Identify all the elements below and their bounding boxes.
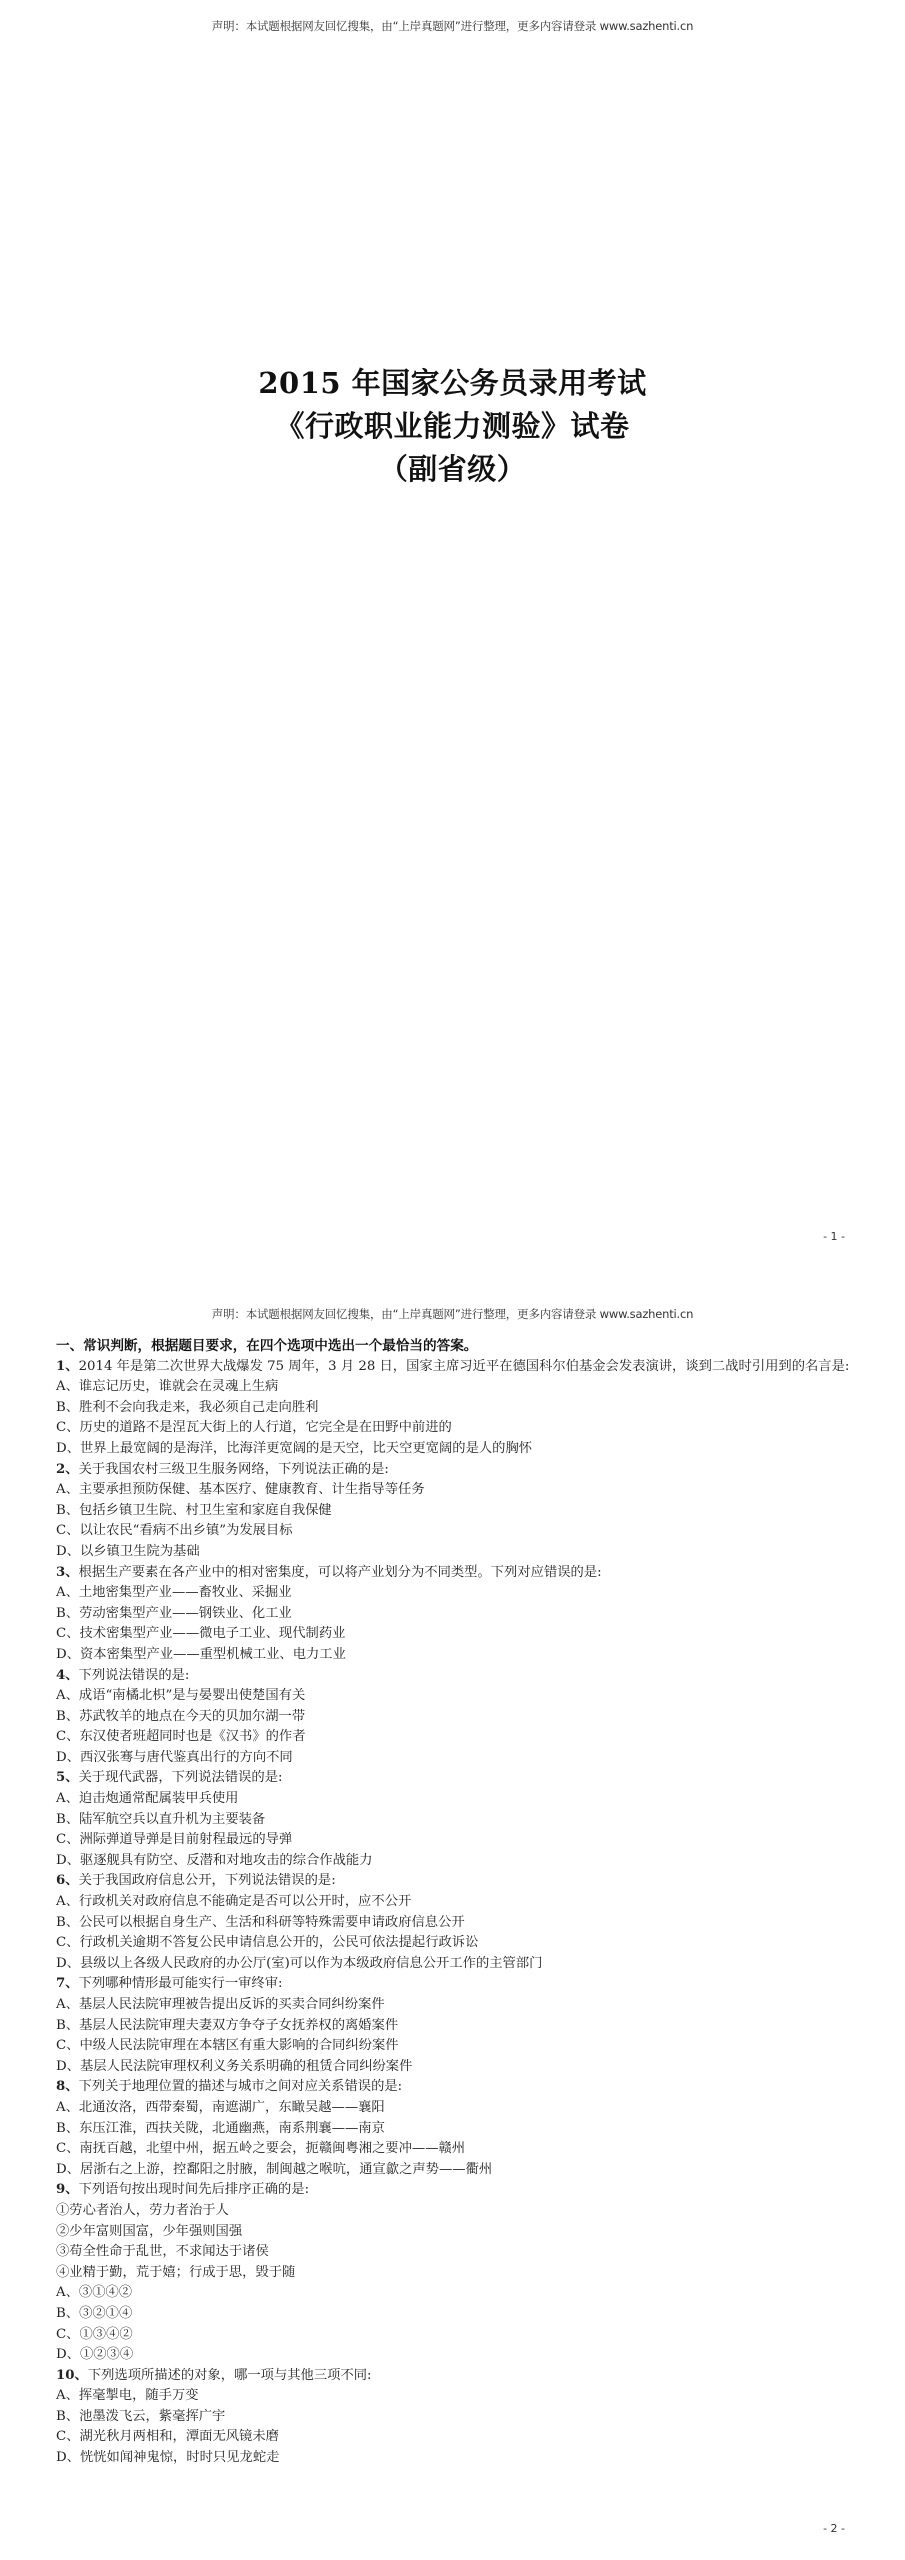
question-7: 7、下列哪种情形最可能实行一审终审:A、基层人民法院审理被告提出反诉的买卖合同纠… — [56, 1974, 856, 2077]
page-1: 声明：本试题根据网友回忆搜集，由“上岸真题网”进行整理，更多内容请登录 www.… — [0, 0, 905, 1280]
question-text: 下列说法错误的是: — [79, 1668, 190, 1683]
answer-option-a: A、行政机关对政府信息不能确定是否可以公开时，应不公开 — [56, 1892, 856, 1913]
answer-option-c: C、①③④② — [56, 2325, 856, 2346]
question-content: 一、常识判断，根据题目要求，在四个选项中选出一个最恰当的答案。 1、2014 年… — [56, 1336, 856, 2469]
question-statement: ②少年富则国富，少年强则国强 — [56, 2222, 856, 2243]
question-text: 下列选项所描述的对象，哪一项与其他三项不同: — [88, 2368, 372, 2383]
question-number: 4、 — [56, 1668, 79, 1683]
question-10: 10、下列选项所描述的对象，哪一项与其他三项不同:A、挥毫掣电，随手万变B、池墨… — [56, 2366, 856, 2469]
answer-option-b: B、苏武牧羊的地点在今天的贝加尔湖一带 — [56, 1707, 856, 1728]
question-statement: ③苟全性命于乱世，不求闻达于诸侯 — [56, 2242, 856, 2263]
answer-option-a: A、基层人民法院审理被告提出反诉的买卖合同纠纷案件 — [56, 1995, 856, 2016]
answer-option-a: A、迫击炮通常配属装甲兵使用 — [56, 1789, 856, 1810]
title-line-level: （副省级） — [0, 448, 905, 491]
question-4: 4、下列说法错误的是:A、成语“南橘北枳”是与晏婴出使楚国有关B、苏武牧羊的地点… — [56, 1666, 856, 1769]
answer-option-b: B、包括乡镇卫生院、村卫生室和家庭自我保健 — [56, 1501, 856, 1522]
page-2: 声明：本试题根据网友回忆搜集，由“上岸真题网”进行整理，更多内容请登录 www.… — [0, 1280, 905, 2560]
answer-option-d: D、资本密集型产业——重型机械工业、电力工业 — [56, 1645, 856, 1666]
answer-option-b: B、基层人民法院审理夫妻双方争夺子女抚养权的离婚案件 — [56, 2016, 856, 2037]
answer-option-b: B、池墨泼飞云，紫毫挥广宇 — [56, 2407, 856, 2428]
answer-option-a: A、成语“南橘北枳”是与晏婴出使楚国有关 — [56, 1686, 856, 1707]
question-stem: 8、下列关于地理位置的描述与城市之间对应关系错误的是: — [56, 2077, 856, 2098]
header-notice: 声明：本试题根据网友回忆搜集，由“上岸真题网”进行整理，更多内容请登录 www.… — [0, 18, 905, 34]
answer-option-d: D、①②③④ — [56, 2345, 856, 2366]
answer-option-d: D、西汉张骞与唐代鉴真出行的方向不同 — [56, 1748, 856, 1769]
answer-option-c: C、行政机关逾期不答复公民申请信息公开的，公民可依法提起行政诉讼 — [56, 1933, 856, 1954]
question-number: 9、 — [56, 2182, 79, 2197]
question-number: 5、 — [56, 1770, 79, 1785]
answer-option-d: D、县级以上各级人民政府的办公厅(室)可以作为本级政府信息公开工作的主管部门 — [56, 1954, 856, 1975]
answer-option-c: C、南抚百越，北望中州，据五岭之要会，扼赣闽粤湘之要冲——赣州 — [56, 2139, 856, 2160]
question-text: 下列关于地理位置的描述与城市之间对应关系错误的是: — [79, 2079, 403, 2094]
question-9: 9、下列语句按出现时间先后排序正确的是:①劳心者治人，劳力者治于人②少年富则国富… — [56, 2180, 856, 2365]
question-stem: 1、2014 年是第二次世界大战爆发 75 周年，3 月 28 日，国家主席习近… — [56, 1357, 856, 1378]
question-6: 6、关于我国政府信息公开，下列说法错误的是:A、行政机关对政府信息不能确定是否可… — [56, 1871, 856, 1974]
title-line-year: 2015 年国家公务员录用考试 — [0, 362, 905, 405]
answer-option-b: B、陆军航空兵以直升机为主要装备 — [56, 1810, 856, 1831]
question-number: 10、 — [56, 2368, 88, 2383]
question-number: 6、 — [56, 1873, 79, 1888]
question-stem: 6、关于我国政府信息公开，下列说法错误的是: — [56, 1871, 856, 1892]
question-8: 8、下列关于地理位置的描述与城市之间对应关系错误的是:A、北通汝洛，西带秦蜀，南… — [56, 2077, 856, 2180]
question-text: 关于现代武器，下列说法错误的是: — [79, 1770, 283, 1785]
answer-option-c: C、洲际弹道导弹是目前射程最远的导弹 — [56, 1830, 856, 1851]
question-statement: ④业精于勤，荒于嬉；行成于思，毁于随 — [56, 2263, 856, 2284]
answer-option-d: D、居浙右之上游，控鄱阳之肘腋，制闽越之喉吭，通宣歙之声势——衢州 — [56, 2160, 856, 2181]
question-list: 1、2014 年是第二次世界大战爆发 75 周年，3 月 28 日，国家主席习近… — [56, 1357, 856, 2469]
question-3: 3、根据生产要素在各产业中的相对密集度，可以将产业划分为不同类型。下列对应错误的… — [56, 1563, 856, 1666]
question-number: 3、 — [56, 1565, 79, 1580]
question-text: 下列哪种情形最可能实行一审终审: — [79, 1976, 283, 1991]
answer-option-c: C、以让农民“看病不出乡镇”为发展目标 — [56, 1521, 856, 1542]
title-line-subject: 《行政职业能力测验》试卷 — [0, 405, 905, 448]
question-number: 7、 — [56, 1976, 79, 1991]
section-heading: 一、常识判断，根据题目要求，在四个选项中选出一个最恰当的答案。 — [56, 1336, 856, 1357]
question-number: 2、 — [56, 1462, 79, 1477]
answer-option-c: C、东汉使者班超同时也是《汉书》的作者 — [56, 1727, 856, 1748]
question-stem: 9、下列语句按出现时间先后排序正确的是: — [56, 2180, 856, 2201]
page-number: - 1 - — [823, 1230, 845, 1243]
answer-option-b: B、劳动密集型产业——钢铁业、化工业 — [56, 1604, 856, 1625]
answer-option-b: B、③②①④ — [56, 2304, 856, 2325]
answer-option-d: D、世界上最宽阔的是海洋，比海洋更宽阔的是天空，比天空更宽阔的是人的胸怀 — [56, 1439, 856, 1460]
question-text: 2014 年是第二次世界大战爆发 75 周年，3 月 28 日，国家主席习近平在… — [79, 1359, 850, 1374]
answer-option-a: A、③①④② — [56, 2283, 856, 2304]
question-5: 5、关于现代武器，下列说法错误的是:A、迫击炮通常配属装甲兵使用B、陆军航空兵以… — [56, 1768, 856, 1871]
question-text: 下列语句按出现时间先后排序正确的是: — [79, 2182, 310, 2197]
question-stem: 4、下列说法错误的是: — [56, 1666, 856, 1687]
question-text: 关于我国农村三级卫生服务网络，下列说法正确的是: — [79, 1462, 389, 1477]
answer-option-c: C、中级人民法院审理在本辖区有重大影响的合同纠纷案件 — [56, 2036, 856, 2057]
answer-option-d: D、基层人民法院审理权利义务关系明确的租赁合同纠纷案件 — [56, 2057, 856, 2078]
exam-title: 2015 年国家公务员录用考试 《行政职业能力测验》试卷 （副省级） — [0, 362, 905, 491]
question-statement: ①劳心者治人，劳力者治于人 — [56, 2201, 856, 2222]
answer-option-a: A、挥毫掣电，随手万变 — [56, 2386, 856, 2407]
question-number: 8、 — [56, 2079, 79, 2094]
page-number: - 2 - — [823, 2522, 845, 2535]
question-stem: 10、下列选项所描述的对象，哪一项与其他三项不同: — [56, 2366, 856, 2387]
question-text: 关于我国政府信息公开，下列说法错误的是: — [79, 1873, 336, 1888]
answer-option-c: C、历史的道路不是涅瓦大街上的人行道，它完全是在田野中前进的 — [56, 1418, 856, 1439]
answer-option-a: A、谁忘记历史，谁就会在灵魂上生病 — [56, 1377, 856, 1398]
question-stem: 3、根据生产要素在各产业中的相对密集度，可以将产业划分为不同类型。下列对应错误的… — [56, 1563, 856, 1584]
question-1: 1、2014 年是第二次世界大战爆发 75 周年，3 月 28 日，国家主席习近… — [56, 1357, 856, 1460]
question-stem: 5、关于现代武器，下列说法错误的是: — [56, 1768, 856, 1789]
answer-option-a: A、主要承担预防保健、基本医疗、健康教育、计生指导等任务 — [56, 1480, 856, 1501]
answer-option-d: D、恍恍如闻神鬼惊，时时只见龙蛇走 — [56, 2448, 856, 2469]
question-number: 1、 — [56, 1359, 79, 1374]
header-notice: 声明：本试题根据网友回忆搜集，由“上岸真题网”进行整理，更多内容请登录 www.… — [0, 1306, 905, 1322]
answer-option-b: B、胜利不会向我走来，我必须自己走向胜利 — [56, 1398, 856, 1419]
answer-option-a: A、土地密集型产业——畜牧业、采掘业 — [56, 1583, 856, 1604]
question-2: 2、关于我国农村三级卫生服务网络，下列说法正确的是:A、主要承担预防保健、基本医… — [56, 1460, 856, 1563]
answer-option-d: D、以乡镇卫生院为基础 — [56, 1542, 856, 1563]
answer-option-c: C、湖光秋月两相和，潭面无风镜未磨 — [56, 2427, 856, 2448]
answer-option-d: D、驱逐舰具有防空、反潜和对地攻击的综合作战能力 — [56, 1851, 856, 1872]
answer-option-c: C、技术密集型产业——微电子工业、现代制药业 — [56, 1624, 856, 1645]
answer-option-a: A、北通汝洛，西带秦蜀，南遮湖广，东瞰吴越——襄阳 — [56, 2098, 856, 2119]
question-stem: 2、关于我国农村三级卫生服务网络，下列说法正确的是: — [56, 1460, 856, 1481]
answer-option-b: B、东压江淮，西扶关陇，北通幽燕，南系荆襄——南京 — [56, 2119, 856, 2140]
answer-option-b: B、公民可以根据自身生产、生活和科研等特殊需要申请政府信息公开 — [56, 1913, 856, 1934]
question-stem: 7、下列哪种情形最可能实行一审终审: — [56, 1974, 856, 1995]
question-text: 根据生产要素在各产业中的相对密集度，可以将产业划分为不同类型。下列对应错误的是: — [79, 1565, 602, 1580]
